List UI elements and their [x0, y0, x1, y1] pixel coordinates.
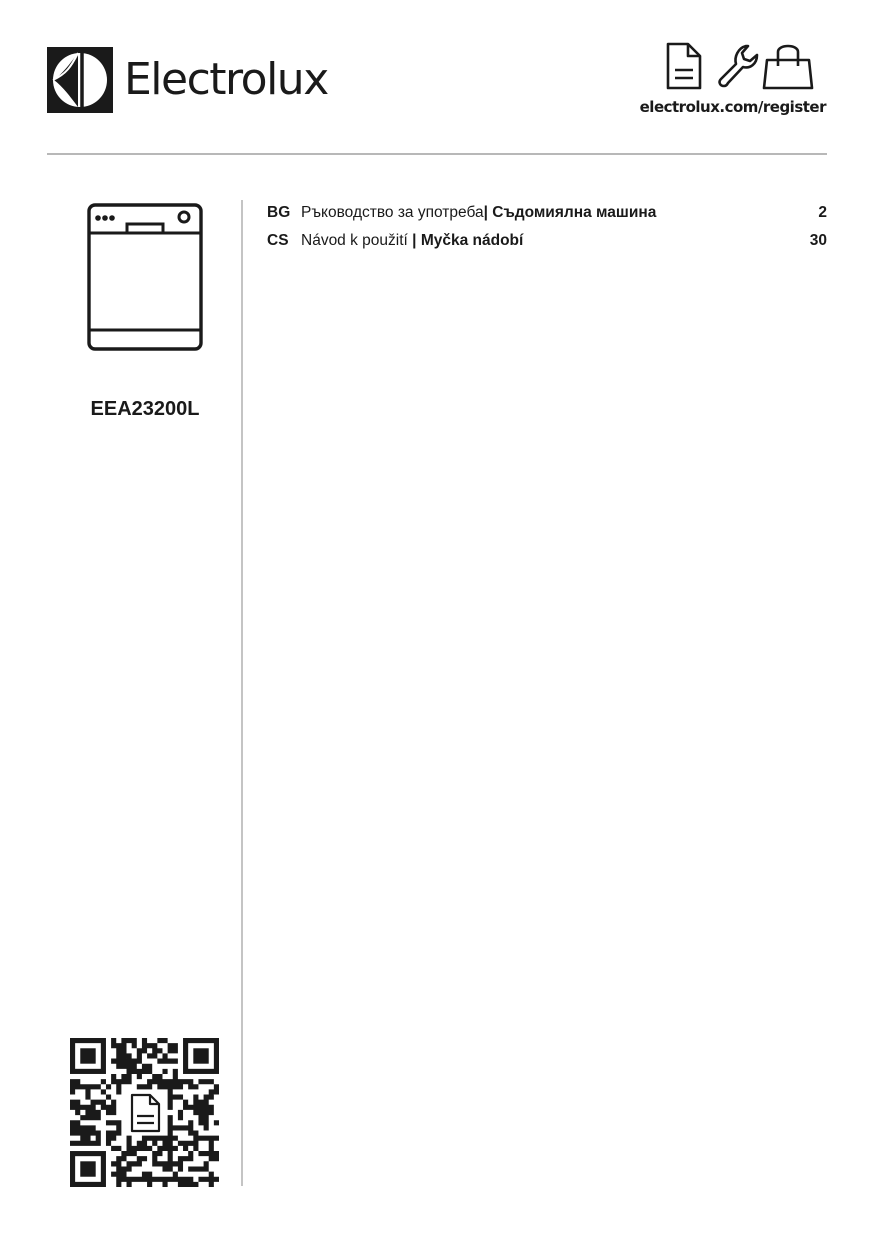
- register-link[interactable]: electrolux.com/register: [640, 98, 826, 116]
- language-code: CS: [267, 230, 289, 252]
- language-code: BG: [267, 202, 290, 224]
- header-icons: [664, 42, 814, 90]
- column-divider: [241, 200, 243, 1186]
- header-divider: [47, 153, 827, 155]
- toc-title: Návod k použití | Myčka nádobí: [301, 230, 523, 252]
- brand-wordmark: Electrolux: [124, 54, 328, 106]
- page-number: 2: [818, 202, 827, 224]
- document-icon: [132, 1095, 159, 1131]
- page-number: 30: [810, 230, 827, 252]
- electrolux-logo-icon: [47, 47, 113, 113]
- qr-code[interactable]: [70, 1038, 219, 1187]
- shopping-bag-icon: [764, 46, 812, 88]
- wrench-icon: [720, 46, 757, 86]
- toc-entry-bg[interactable]: BG Ръководство за употреба| Съдомиялна м…: [267, 202, 827, 224]
- model-number: EEA23200L: [60, 398, 230, 421]
- toc-entry-cs[interactable]: CS Návod k použití | Myčka nádobí 30: [267, 230, 827, 252]
- dishwasher-icon: [86, 202, 204, 352]
- document-icon: [668, 44, 700, 88]
- toc-title: Ръководство за употреба| Съдомиялна маши…: [301, 202, 656, 224]
